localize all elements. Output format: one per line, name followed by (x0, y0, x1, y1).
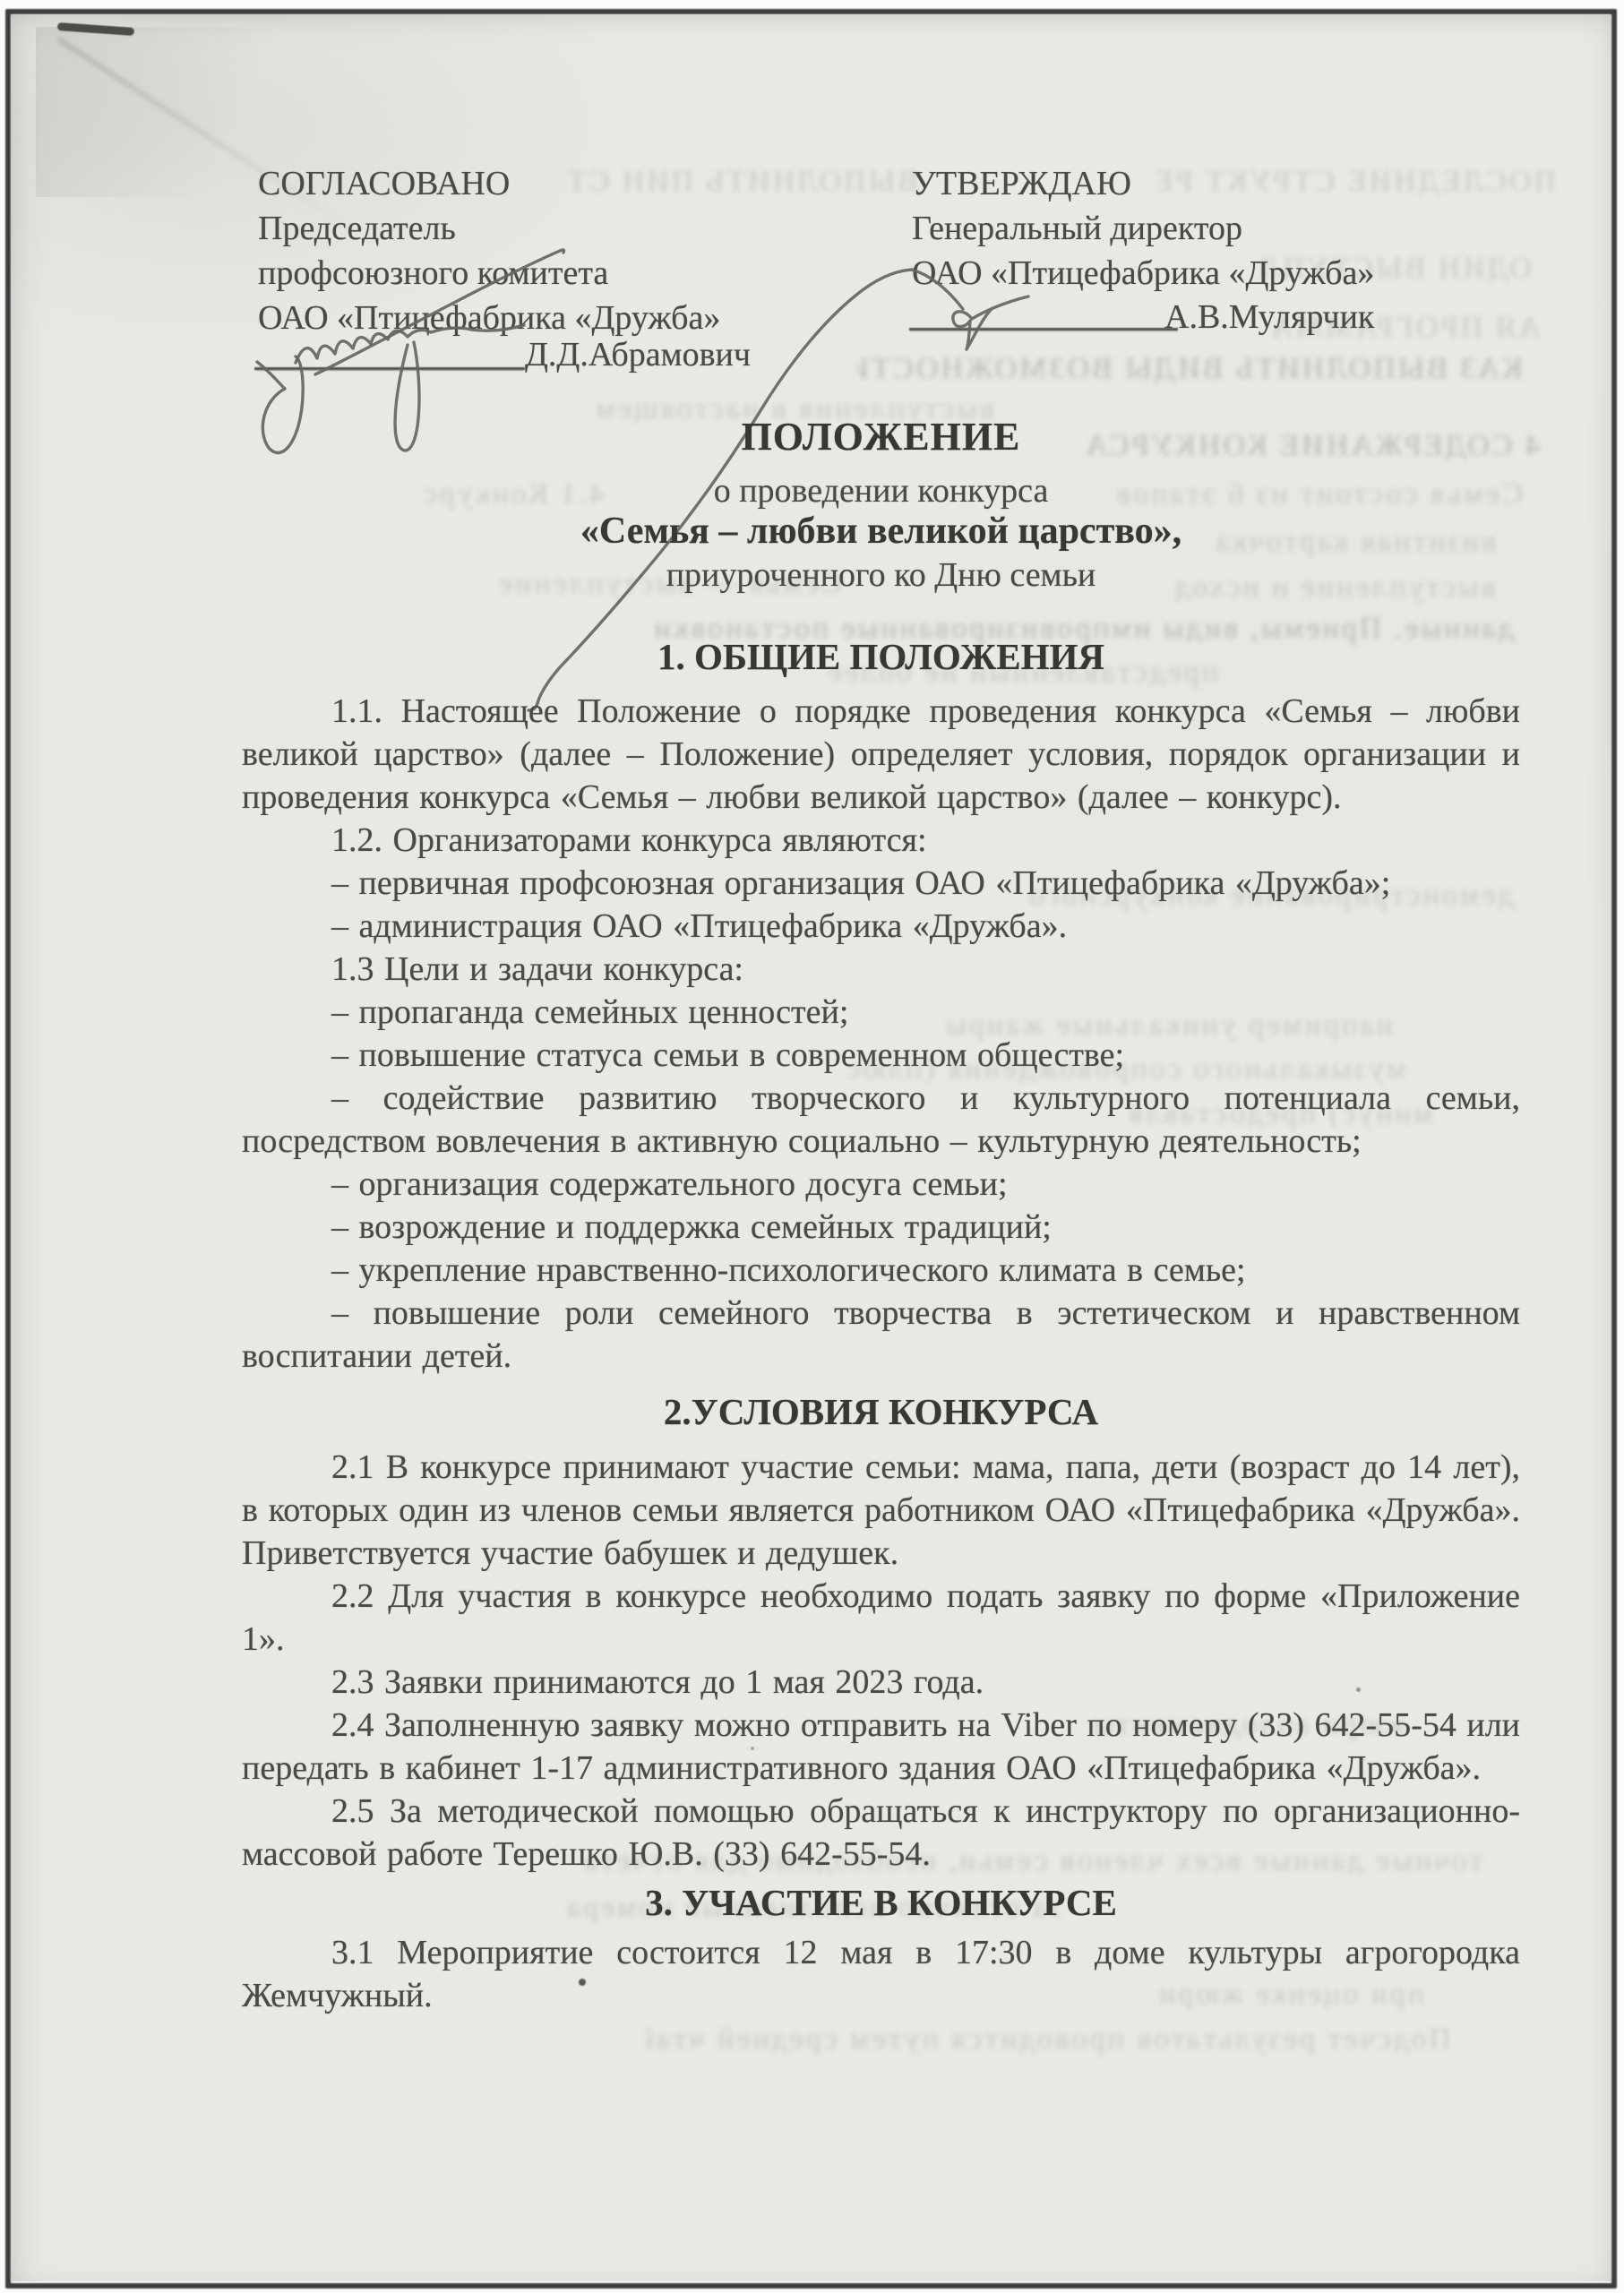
paragraph-1-3: 1.3 Цели и задачи конкурса: (242, 948, 1520, 991)
paragraph-1-2: 1.2. Организаторами конкурса являются: (242, 819, 1520, 862)
approval-right-status: УТВЕРЖДАЮ (912, 161, 1374, 206)
list-item: – первичная профсоюзная организация ОАО … (242, 862, 1520, 905)
list-item: – администрация ОАО «Птицефабрика «Дружб… (242, 905, 1520, 948)
document-body: 1.1. Настоящее Положение о порядке прове… (242, 690, 1520, 2017)
list-item: – повышение роли семейного творчества в … (242, 1292, 1520, 1378)
section3-heading: 3. УЧАСТИЕ В КОНКУРСЕ (242, 1879, 1520, 1926)
document-subtitle: о проведении конкурса (242, 471, 1520, 511)
list-item: – содействие развитию творческого и куль… (242, 1077, 1520, 1163)
approval-right-signer: А.В.Мулярчик (1164, 297, 1374, 337)
section2-heading: 2.УСЛОВИЯ КОНКУРСА (242, 1388, 1520, 1435)
list-item: – пропаганда семейных ценностей; (242, 991, 1520, 1034)
section1-heading: 1. ОБЩИЕ ПОЛОЖЕНИЯ (242, 635, 1520, 678)
approval-left-status: СОГЛАСОВАНО (258, 161, 720, 206)
paragraph-1-1: 1.1. Настоящее Положение о порядке прове… (242, 690, 1520, 819)
paragraph-2-3: 2.3 Заявки принимаются до 1 мая 2023 год… (242, 1661, 1520, 1704)
list-item: – укрепление нравственно-психологическог… (242, 1249, 1520, 1292)
document-subtitle-dated: приуроченного ко Дню семьи (242, 555, 1520, 595)
list-item: – повышение статуса семьи в современном … (242, 1034, 1520, 1077)
paragraph-2-1: 2.1 В конкурсе принимают участие семьи: … (242, 1446, 1520, 1575)
paragraph-2-5: 2.5 За методической помощью обращаться к… (242, 1790, 1520, 1876)
paragraph-3-1: 3.1 Мероприятие состоится 12 мая в 17:30… (242, 1931, 1520, 2017)
scanned-document-page: { "document": { "approval_left": { "stat… (0, 0, 1624, 2293)
paragraph-2-2: 2.2 Для участия в конкурсе необходимо по… (242, 1575, 1520, 1661)
list-item: – организация содержательного досуга сем… (242, 1163, 1520, 1206)
contest-name: «Семья – любви великой царство», (242, 510, 1520, 553)
document-title: ПОЛОЖЕНИЕ (242, 414, 1520, 459)
list-item: – возрождение и поддержка семейных тради… (242, 1206, 1520, 1249)
paragraph-2-4: 2.4 Заполненную заявку можно отправить н… (242, 1704, 1520, 1790)
